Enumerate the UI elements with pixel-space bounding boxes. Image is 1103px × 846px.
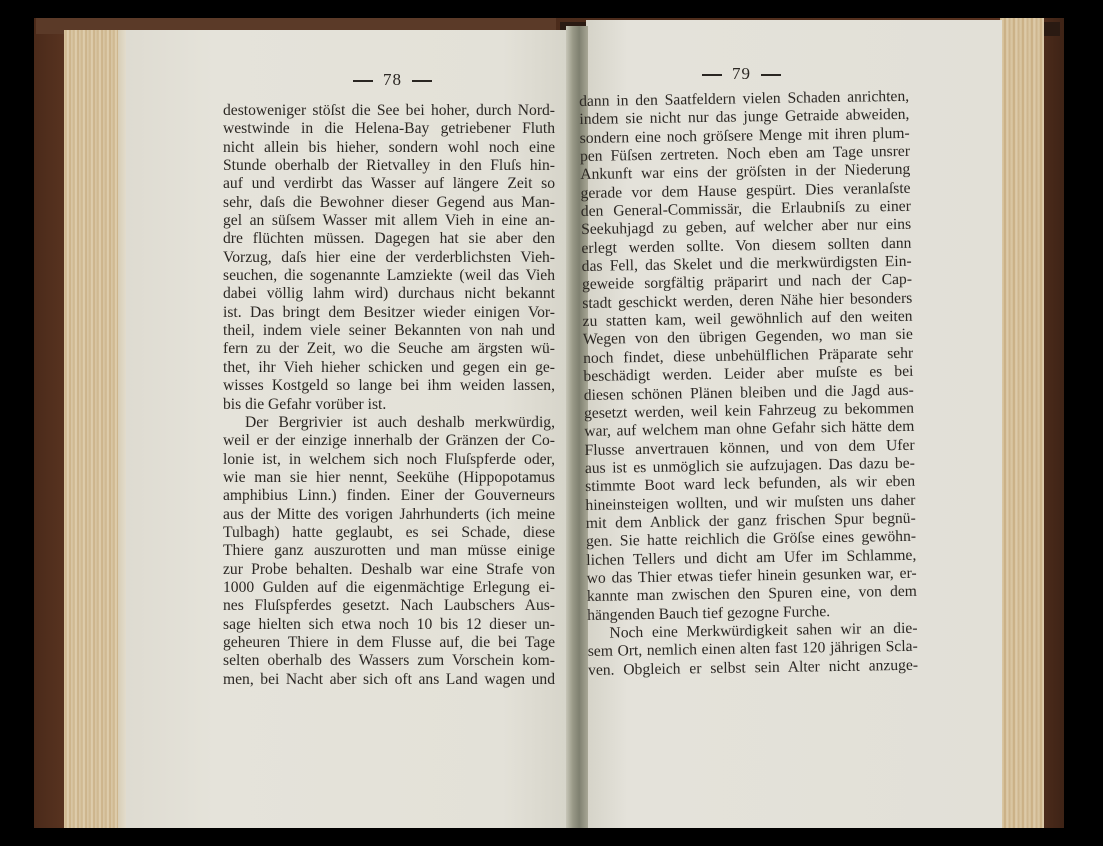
text-line: gel an süſsem Wasser mit allem Vieh in e… [223,212,555,230]
text-line: ist. Das bringt dem Besitzer wieder eini… [223,304,555,322]
text-line: Vorzug, daſs hier eine der verderblichst… [223,249,555,267]
text-line: wisses Kostgeld so lange bei ihm weiden … [223,377,555,395]
text-line: dre flüchten müssen. Dagegen hat sie abe… [223,230,555,248]
text-line: amphibius Linn.) finden. Einer der Gouve… [223,487,555,505]
page-number-right: 79 [692,64,791,84]
text-line: dabei völlig lahm wird) durchaus nicht b… [223,285,555,303]
page-edges-left [64,30,126,828]
text-line: fern zu der Zeit, wo die Seuche am ärgst… [223,340,555,358]
text-line: Tulbagh) hatte geglaubt, es sei Schade, … [223,524,555,542]
text-line: 1000 Gulden auf die eigenmächtige Erlegu… [223,579,555,597]
text-line: destoweniger stöſst die See bei hoher, d… [223,102,555,120]
text-line: theil, indem viele seiner Bekannten von … [223,322,555,340]
text-line: men, bei Nacht aber sich oft ans Land wa… [223,671,555,689]
text-line: geheuren Thiere in dem Flusse auf, die b… [223,634,555,652]
dash-decoration [702,74,722,76]
dash-decoration [761,74,781,76]
text-line: thet, ihr Vieh hieher schicken und gegen… [223,359,555,377]
page-edges-right [1000,18,1044,828]
dash-decoration [412,80,432,82]
text-line: sage hielten sich etwa noch 10 bis 12 di… [223,616,555,634]
text-line: Stunde oberhalb der Rietvalley in den Fl… [223,157,555,175]
dash-decoration [353,80,373,82]
text-line: nicht allein bis hieher, sondern wohl no… [223,139,555,157]
text-line: lonie ist, in welchem sich noch Fluſspfe… [223,451,555,469]
text-line: aus der Mitte des vorigen Jahrhunderts (… [223,506,555,524]
text-line: Thiere ganz auszurotten und man müsse ei… [223,542,555,560]
text-line: selten oberhalb des Wassers zum Vorschei… [223,652,555,670]
text-line: bis die Gefahr vorüber ist. [223,396,555,414]
text-line: nes Fluſspferdes gesetzt. Nach Laubscher… [223,597,555,615]
text-line: zur Probe behalten. Deshalb war eine Str… [223,561,555,579]
text-line: wie man sie hier nennt, Seekühe (Hippopo… [223,469,555,487]
text-line: westwinde in die Helena-Bay getriebener … [223,120,555,138]
left-page-text: destoweniger stöſst die See bei hoher, d… [223,102,555,689]
text-line: Der Bergrivier ist auch deshalb merkwürd… [223,414,555,432]
text-line: sehr, daſs die Bewohner dieser Gegend au… [223,194,555,212]
text-line: auf und verdirbt das Wasser auf längere … [223,175,555,193]
right-page-text: dann in den Saatfeldern vielen Schaden a… [579,88,918,680]
text-line: weil er der einzige innerhalb der Gränze… [223,432,555,450]
text-line: seuchen, die sogenannte Lamziekte (weil … [223,267,555,285]
page-number-value: 78 [383,70,402,89]
page-number-left: 78 [343,70,442,90]
page-number-value: 79 [732,64,751,83]
